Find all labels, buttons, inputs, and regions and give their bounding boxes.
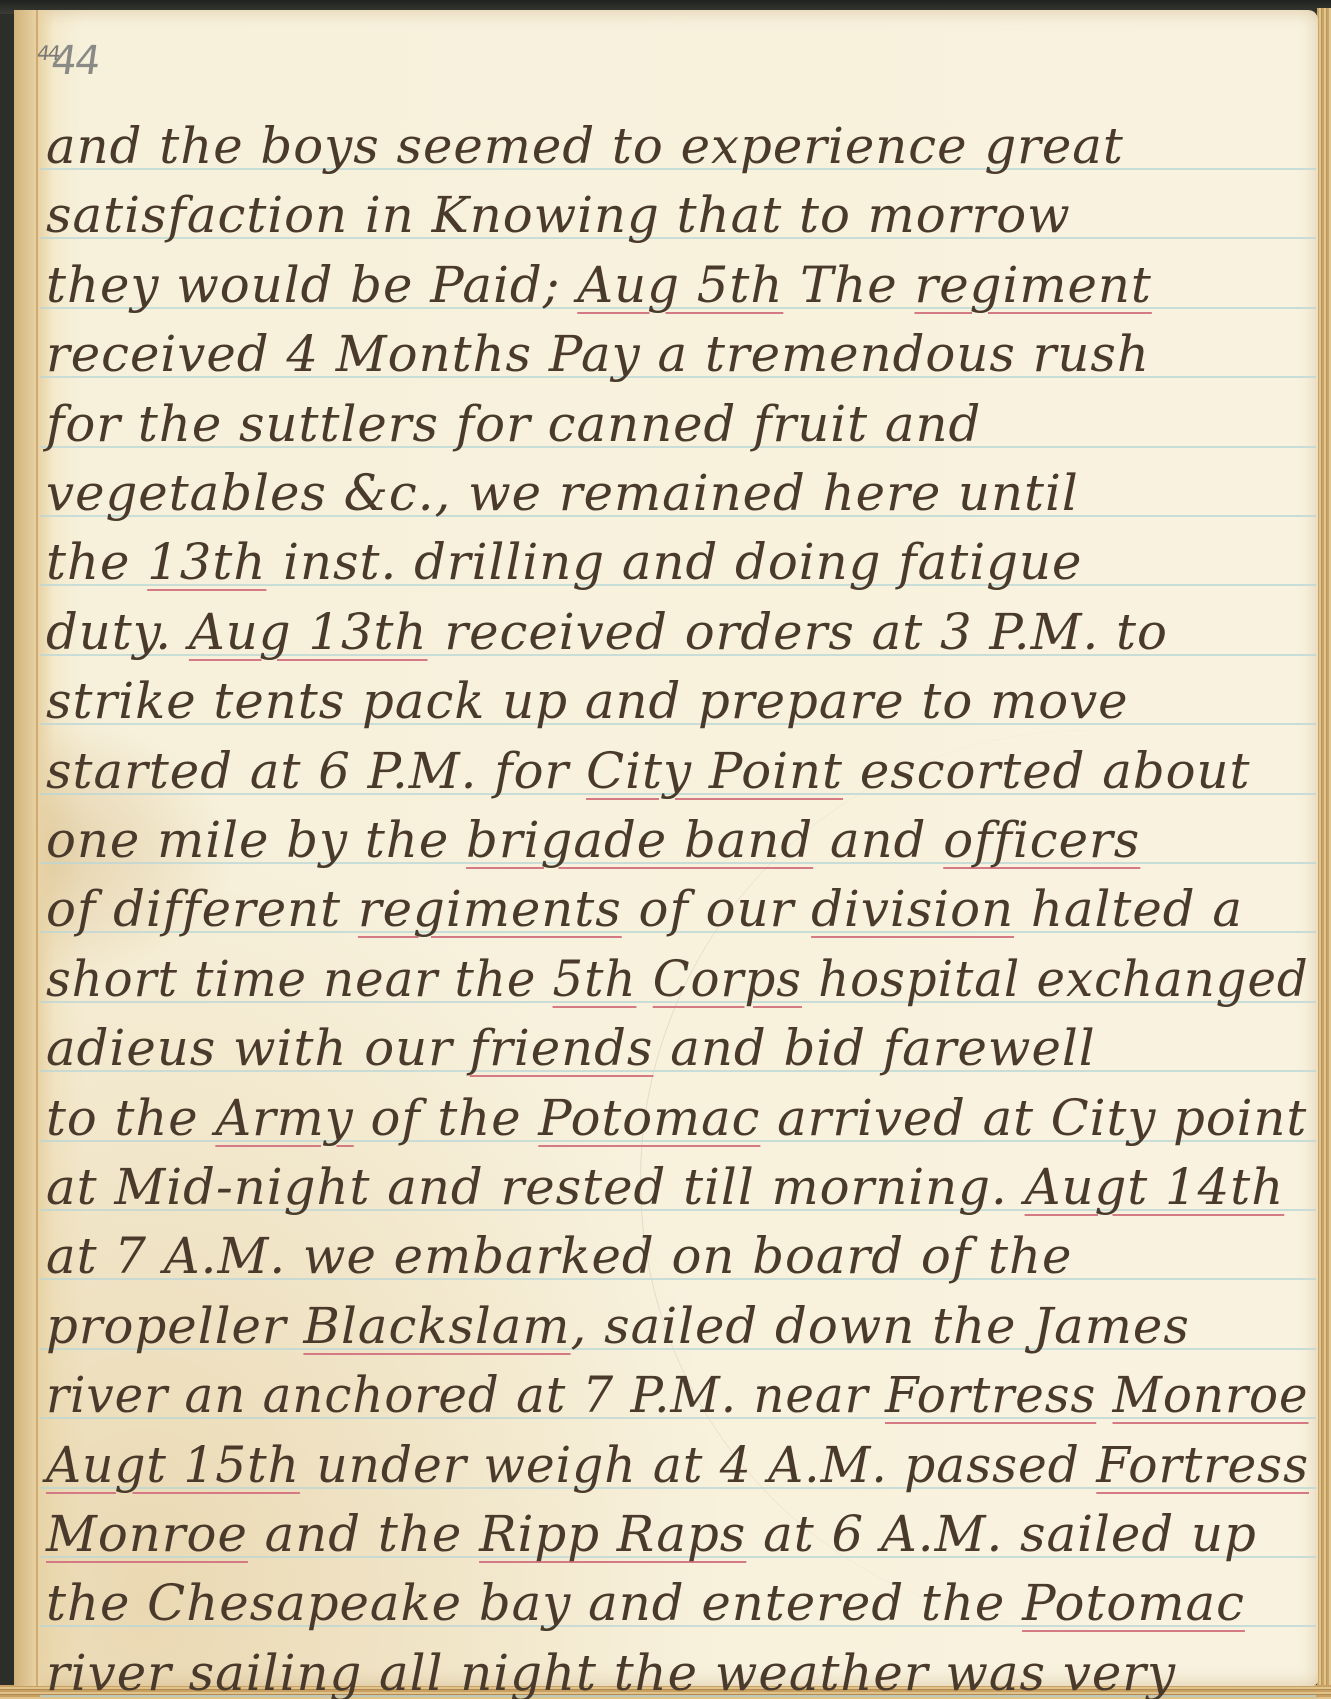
text-segment: and (813, 811, 943, 869)
underlined-phrase: Aug 5th (577, 256, 783, 314)
text-segment: hospital exchanged (802, 950, 1309, 1008)
text-line: river an anchored at 7 P.M. near Fortres… (46, 1365, 1272, 1425)
text-segment: at Mid-night and rested till morning. (46, 1158, 1025, 1216)
text-segment: short time near the (46, 950, 553, 1008)
underlined-phrase: friends (470, 1019, 654, 1077)
text-segment: one mile by the (46, 811, 466, 869)
text-line: of different regiments of our division h… (46, 879, 1308, 939)
underlined-phrase: Corps (653, 950, 802, 1008)
text-line: Augt 15th under weigh at 4 A.M. passed F… (46, 1435, 1280, 1495)
underlined-phrase: Aug 13th (189, 603, 428, 661)
text-segment: received orders at 3 P.M. to (428, 603, 1168, 661)
text-segment: satisfaction in Knowing that to morrow (46, 186, 1071, 244)
text-line: started at 6 P.M. for City Point escorte… (46, 741, 1308, 801)
text-segment: river sailing all night the weather was … (46, 1644, 1176, 1699)
text-line: at Mid-night and rested till morning. Au… (46, 1157, 1308, 1217)
text-line: and the boys seemed to experience great (46, 116, 1308, 176)
text-segment: of our (622, 880, 811, 938)
underlined-phrase: 13th (147, 533, 266, 591)
text-segment: and bid farewell (653, 1019, 1095, 1077)
text-line: they would be Paid; Aug 5th The regiment (46, 255, 1308, 315)
text-line: short time near the 5th Corps hospital e… (46, 949, 1269, 1009)
text-segment: river an anchored at 7 P.M. near (46, 1366, 885, 1424)
underlined-phrase: Monroe (1113, 1366, 1309, 1424)
underlined-phrase: division (811, 880, 1014, 938)
text-segment: at 7 A.M. we embarked on board of the (46, 1227, 1072, 1285)
underlined-phrase: Augt 15th (46, 1436, 300, 1494)
text-segment: for the suttlers for canned fruit and (46, 395, 981, 453)
text-segment: escorted about (843, 742, 1250, 800)
text-segment: the (46, 533, 147, 591)
text-line: at 7 A.M. we embarked on board of the (46, 1226, 1308, 1286)
underlined-phrase: regiments (358, 880, 622, 938)
underlined-phrase: City Point (586, 742, 843, 800)
underlined-phrase: brigade band (466, 811, 813, 869)
text-segment: duty. (46, 603, 189, 661)
text-line: one mile by the brigade band and officer… (46, 810, 1308, 870)
text-segment: inst. drilling and doing fatigue (266, 533, 1082, 591)
text-segment: they would be Paid; (46, 256, 577, 314)
text-line: duty. Aug 13th received orders at 3 P.M.… (46, 602, 1308, 662)
text-segment: started at 6 P.M. for (46, 742, 586, 800)
text-line: received 4 Months Pay a tremendous rush (46, 324, 1308, 384)
underlined-phrase: Fortress (1096, 1436, 1309, 1494)
page-stack-right-edge (1317, 8, 1331, 1699)
underlined-phrase: 5th (553, 950, 637, 1008)
text-segment: , sailed down the James (571, 1297, 1190, 1355)
page-number: 4444 (33, 38, 102, 84)
text-segment: of the (354, 1089, 539, 1147)
text-line: propeller Blackslam, sailed down the Jam… (46, 1296, 1308, 1356)
text-segment (636, 950, 652, 1008)
text-line: to the Army of the Potomac arrived at Ci… (46, 1088, 1305, 1148)
underlined-phrase: regiment (914, 256, 1151, 314)
text-line: the Chesapeake bay and entered the Potom… (46, 1573, 1308, 1633)
text-segment: and the (248, 1505, 479, 1563)
underlined-phrase: Monroe (46, 1505, 248, 1563)
text-line: vegetables &c., we remained here until (46, 463, 1308, 523)
text-segment: arrived at City point (760, 1089, 1307, 1147)
text-line: adieus with our friends and bid farewell (46, 1018, 1308, 1078)
text-segment: the Chesapeake bay and entered the (46, 1574, 1022, 1632)
underlined-phrase: Augt 14th (1025, 1158, 1285, 1216)
text-segment: strike tents pack up and prepare to move (46, 672, 1129, 730)
text-segment (1096, 1366, 1112, 1424)
text-line: river sailing all night the weather was … (46, 1643, 1308, 1699)
underlined-phrase: Ripp Raps (479, 1505, 746, 1563)
text-segment: and the boys seemed to experience great (46, 117, 1124, 175)
text-segment: The (783, 256, 914, 314)
gutter-fold-line (36, 10, 38, 1686)
text-segment: adieus with our (46, 1019, 470, 1077)
text-line: Monroe and the Ripp Raps at 6 A.M. saile… (46, 1504, 1308, 1564)
underlined-phrase: Potomac (538, 1089, 760, 1147)
underlined-phrase: Blackslam (303, 1297, 570, 1355)
text-segment: under weigh at 4 A.M. passed (300, 1436, 1096, 1494)
text-segment: of different (46, 880, 358, 938)
text-segment: propeller (46, 1297, 303, 1355)
underlined-phrase: Fortress (885, 1366, 1096, 1424)
underlined-phrase: Potomac (1022, 1574, 1245, 1632)
text-line: satisfaction in Knowing that to morrow (46, 185, 1308, 245)
page-number-pencil-note: 44 (35, 41, 60, 65)
text-segment: vegetables &c., we remained here until (46, 464, 1079, 522)
text-line: strike tents pack up and prepare to move (46, 671, 1308, 731)
text-line: the 13th inst. drilling and doing fatigu… (46, 532, 1308, 592)
text-segment: halted a (1014, 880, 1243, 938)
text-segment: received 4 Months Pay a tremendous rush (46, 325, 1150, 383)
underlined-phrase: Army (215, 1089, 353, 1147)
text-segment: at 6 A.M. sailed up (746, 1505, 1256, 1563)
text-segment: to the (46, 1089, 215, 1147)
underlined-phrase: officers (943, 811, 1140, 869)
text-line: for the suttlers for canned fruit and (46, 394, 1308, 454)
